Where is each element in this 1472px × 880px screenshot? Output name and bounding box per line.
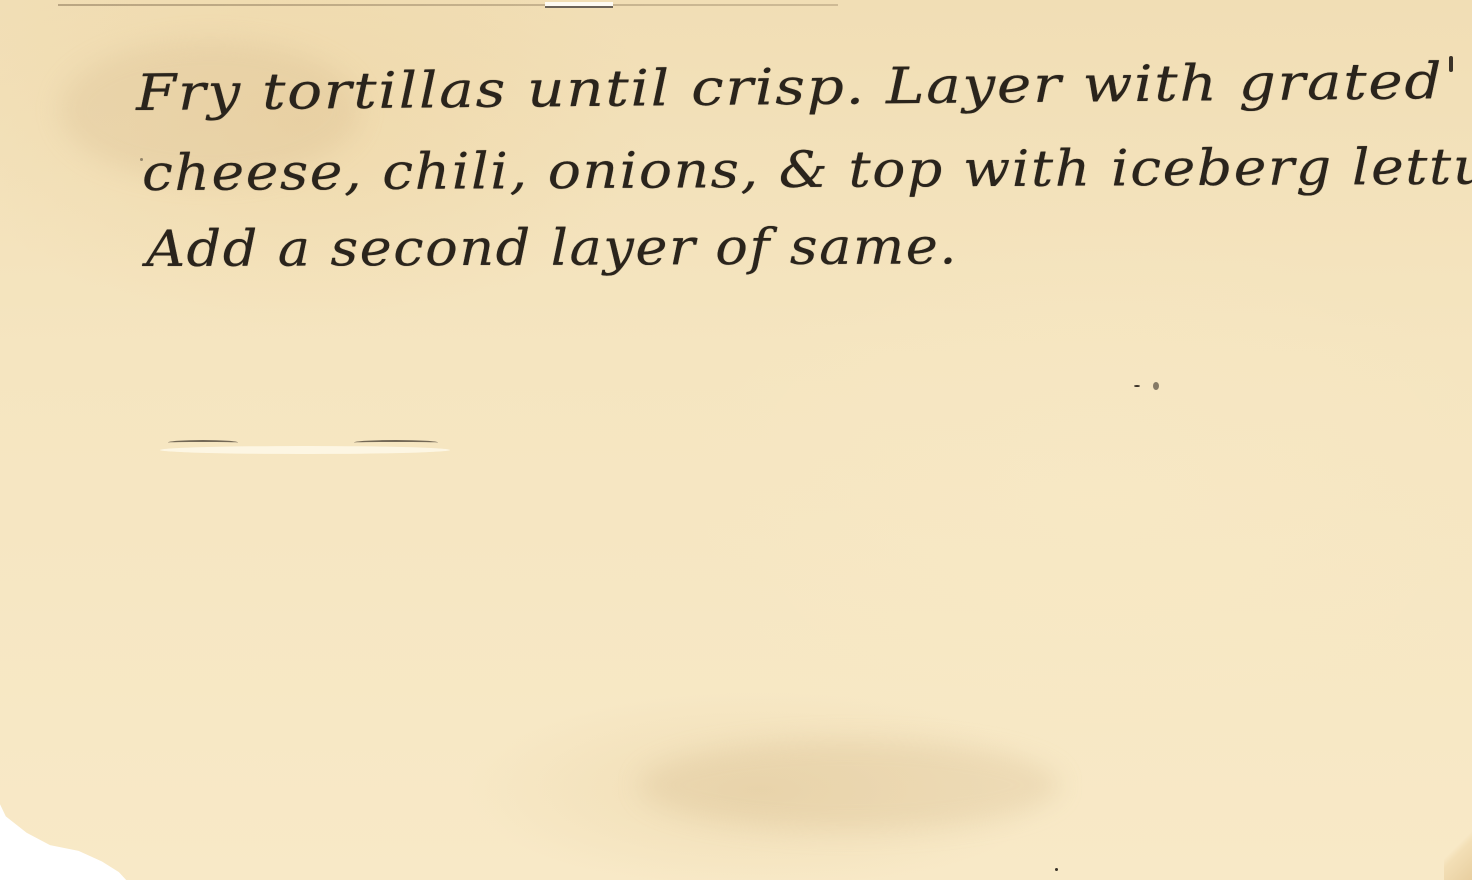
instruction-line-1: Fry tortillas until crisp. Layer with gr… [136, 46, 1444, 128]
paper-stain [640, 740, 1060, 830]
paper-crease [168, 440, 238, 445]
instruction-line-3: Add a second layer of same. [146, 211, 958, 284]
ink-mark [1449, 56, 1453, 72]
ink-mark [140, 158, 143, 161]
instruction-line-2: cheese, chili, onions, & top with iceber… [142, 131, 1472, 208]
paper-crease [160, 446, 450, 454]
worn-corner [1444, 818, 1472, 880]
paper-crease [354, 440, 438, 445]
ink-mark [1134, 385, 1140, 387]
card-top-rule [58, 4, 838, 6]
torn-corner [0, 800, 128, 880]
ink-mark [1055, 868, 1058, 871]
card-top-tab-mark [545, 2, 613, 8]
recipe-card: Fry tortillas until crisp. Layer with gr… [0, 0, 1472, 880]
ink-mark [1153, 382, 1159, 390]
